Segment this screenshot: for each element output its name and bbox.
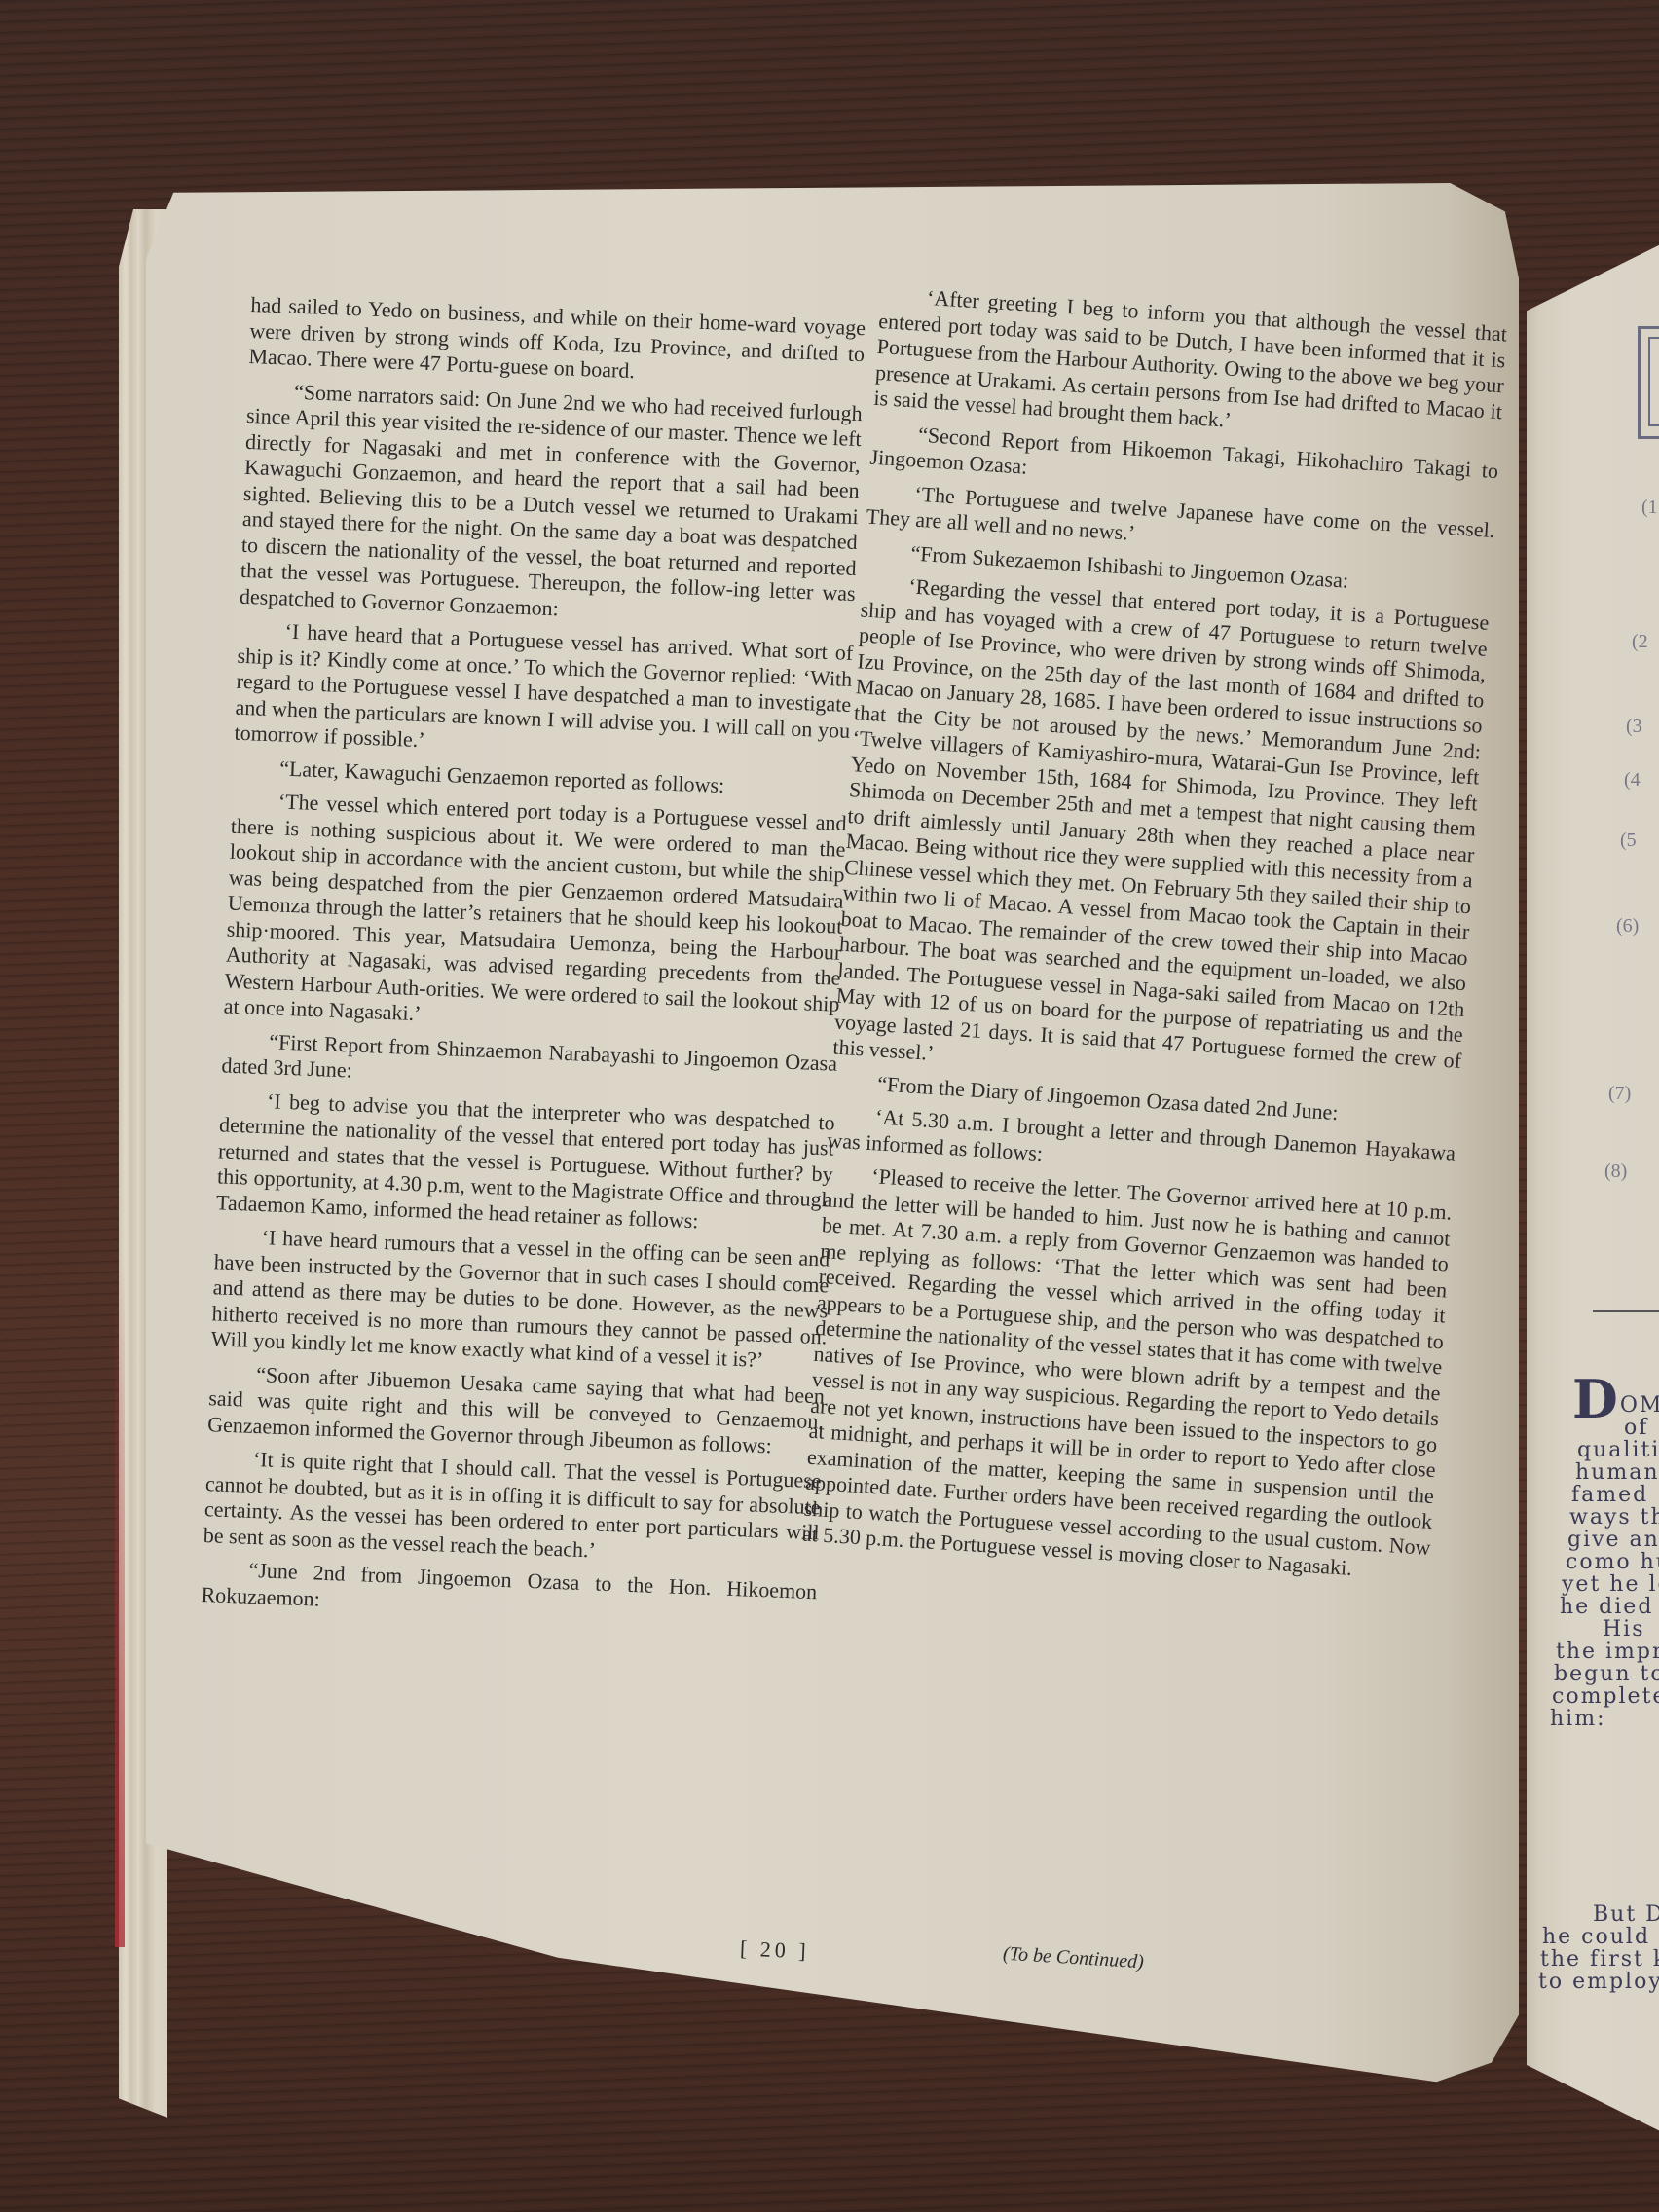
- list-marker: (8): [1604, 1161, 1627, 1183]
- line-fragment: begun to: [1554, 1663, 1659, 1686]
- paragraph: ‘I beg to advise you that the interprete…: [216, 1087, 836, 1239]
- line-fragment: yet he le: [1562, 1573, 1659, 1597]
- line-fragment: of: [1624, 1417, 1648, 1440]
- section-divider: [1593, 1310, 1659, 1312]
- line-fragment: to employ: [1538, 1971, 1659, 1994]
- heading-fragment: DOM: [1572, 1387, 1659, 1418]
- paragraph: “Soon after Jibuemon Uesaka came saying …: [207, 1360, 826, 1461]
- line-fragment: como hu: [1566, 1551, 1659, 1574]
- left-text-column: had sailed to Yedo on business, and whil…: [201, 292, 866, 1639]
- line-fragment: the impro: [1556, 1641, 1659, 1664]
- line-fragment: he could n: [1542, 1926, 1659, 1949]
- open-book: had sailed to Yedo on business, and whil…: [0, 0, 1659, 2212]
- list-marker: (1: [1641, 497, 1658, 519]
- heading-frame: [1638, 326, 1659, 439]
- line-fragment: give an: [1567, 1529, 1659, 1552]
- list-marker: (6): [1616, 915, 1639, 938]
- line-fragment: qualitie: [1577, 1439, 1659, 1462]
- paragraph: “Some narrators said: On June 2nd we who…: [239, 377, 863, 633]
- paragraph: ‘Regarding the vessel that entered port …: [832, 571, 1490, 1099]
- list-marker: (7): [1608, 1083, 1631, 1105]
- book-cover-edge: [115, 1266, 125, 1947]
- list-marker: (5: [1620, 829, 1637, 852]
- paragraph: ‘I have heard rumours that a vessel in t…: [210, 1223, 830, 1376]
- list-marker: (2: [1632, 631, 1648, 653]
- list-marker: (4: [1624, 769, 1641, 792]
- line-fragment: completed: [1552, 1685, 1659, 1709]
- line-fragment: ways th: [1569, 1506, 1659, 1530]
- line-fragment: famed: [1571, 1484, 1648, 1507]
- paragraph: ‘Pleased to receive the letter. The Gove…: [801, 1161, 1453, 1586]
- list-marker: (3: [1626, 716, 1642, 738]
- line-fragment: him:: [1550, 1708, 1605, 1731]
- dropcap: D: [1572, 1368, 1620, 1430]
- paragraph: ‘It is quite right that I should call. T…: [203, 1445, 822, 1571]
- paragraph: ‘I have heard that a Portuguese vessel h…: [234, 617, 854, 770]
- paragraph: ‘The vessel which entered port today is …: [223, 788, 847, 1044]
- page-number: [ 20 ]: [739, 1935, 810, 1964]
- line-fragment: But D: [1593, 1903, 1659, 1927]
- right-text-column: ‘After greeting I beg to inform you that…: [801, 282, 1508, 1594]
- line-fragment: he died: [1560, 1596, 1653, 1619]
- line-fragment: His: [1603, 1618, 1645, 1641]
- line-fragment: humane: [1575, 1461, 1659, 1485]
- facing-page: [1527, 234, 1659, 2161]
- line-fragment: the first k: [1540, 1948, 1659, 1972]
